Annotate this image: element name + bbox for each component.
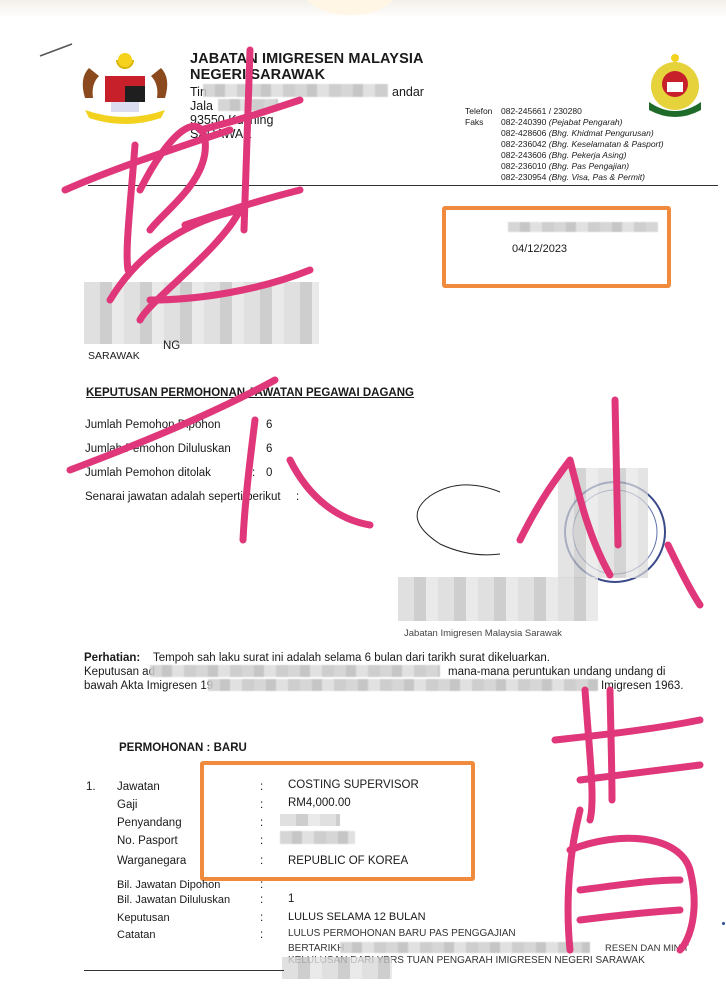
telefon-value: 082-245661 / 230280: [501, 106, 582, 116]
notice-line-2-end: mana-mana peruntukan undang undang di: [448, 665, 665, 679]
state-name: NEGERI SARAWAK: [190, 67, 325, 83]
faks-number: 082-236042: [501, 139, 546, 149]
redacted-reference-number: [508, 222, 658, 232]
field-value: 1: [288, 893, 294, 905]
dot-mark: [722, 922, 725, 925]
notice-line-3-end: Imigresen 1963.: [601, 679, 683, 693]
decision-label: Jumlah Pemohon ditolak: [85, 467, 211, 479]
colon: :: [260, 855, 263, 867]
address-line-2: Jala: [190, 99, 213, 113]
field-value: REPUBLIC OF KOREA: [288, 855, 408, 867]
catatan-line-2-start: BERTARIKH: [288, 943, 344, 954]
decision-value: 6: [266, 419, 272, 431]
application-type-label: PERMOHONAN: [119, 742, 203, 754]
faks-number: 082-230954: [501, 172, 546, 182]
field-label: Penyandang: [117, 817, 182, 829]
redacted-address: [203, 84, 388, 97]
faks-number: 082-243606: [501, 150, 546, 160]
colon: :: [260, 929, 263, 941]
notice-label: Perhatian:: [84, 652, 140, 664]
colon: :: [260, 835, 263, 847]
pen-stroke-mark: [38, 40, 78, 60]
recipient-state: SARAWAK: [88, 349, 140, 363]
redacted-notice: [208, 679, 598, 691]
notice-line-1: Perhatian: Tempoh sah laku surat ini ada…: [84, 651, 550, 665]
redacted-recipient: [84, 282, 319, 344]
colon: :: [260, 894, 263, 906]
decision-title: KEPUTUSAN PERMOHONAN JAWATAN PEGAWAI DAG…: [86, 387, 414, 399]
footer-divider: [84, 970, 284, 971]
field-label: Bil. Jawatan Diluluskan: [117, 894, 230, 906]
redacted-incumbent: [280, 814, 340, 826]
address-postcode: 93550 Kuching: [190, 113, 273, 127]
field-value: COSTING SUPERVISOR: [288, 779, 419, 791]
catatan-line-2-end: RESEN DAN MINIT: [605, 943, 689, 954]
faks-dept: (Bhg. Pekerja Asing): [549, 150, 627, 160]
application-type-value: BARU: [214, 742, 247, 754]
faks-dept: (Pejabat Pengarah): [549, 117, 623, 127]
notice-line-3-start: bawah Akta Imigresen 19: [84, 679, 213, 693]
redacted-passport: [280, 831, 355, 844]
malaysia-coat-of-arms-icon: [75, 48, 175, 128]
immigration-emblem-icon: [645, 52, 705, 120]
notice-line-2-start: Keputusan ad: [84, 665, 155, 679]
redacted-street: [218, 99, 278, 111]
colon: :: [252, 419, 255, 431]
decision-value: 6: [266, 443, 272, 455]
redacted-stamp: [558, 468, 648, 578]
colon: :: [260, 879, 263, 891]
address-line-1-tail: andar: [392, 85, 424, 99]
decision-value: 0: [266, 467, 272, 479]
colon: :: [260, 781, 263, 793]
signature-office: Jabatan Imigresen Malaysia Sarawak: [404, 628, 562, 639]
colon: :: [260, 912, 263, 924]
letter-page: JABATAN IMIGRESEN MALAYSIA NEGERI SARAWA…: [0, 0, 726, 984]
faks-dept: (Bhg. Keselamatan & Pasport): [549, 139, 664, 149]
faks-dept: (Bhg. Visa, Pas & Permit): [549, 172, 645, 182]
field-label: Catatan: [117, 929, 156, 941]
contact-block: Telefon082-245661 / 230280 Faks082-24039…: [465, 106, 664, 183]
decision-label: Jumlah Pemohon Diluluskan: [85, 443, 231, 455]
field-label: Keputusan: [117, 912, 170, 924]
colon: :: [252, 443, 255, 455]
redacted-catatan: [282, 957, 392, 979]
faks-number: 082-236010: [501, 161, 546, 171]
faks-number: 082-428606: [501, 128, 546, 138]
field-label: No. Pasport: [117, 835, 178, 847]
address-state: SARAWAK: [190, 127, 252, 141]
letter-date: 04/12/2023: [512, 243, 567, 255]
decision-label: Jumlah Pemohon Dipohon: [85, 419, 221, 431]
field-label: Bil. Jawatan Dipohon: [117, 879, 220, 891]
redacted-signatory: [398, 577, 598, 621]
decision-label: Senarai jawatan adalah seperti berikut: [85, 491, 281, 503]
colon: :: [260, 799, 263, 811]
field-label: Jawatan: [117, 781, 160, 793]
field-value: RM4,000.00: [288, 797, 351, 809]
telefon-label: Telefon: [465, 106, 501, 117]
faks-label: Faks: [465, 117, 501, 128]
application-type: PERMOHONAN : BARU: [119, 742, 247, 754]
recipient-tail: NG: [163, 339, 180, 353]
faks-dept: (Bhg. Pas Pengajian): [549, 161, 629, 171]
colon: :: [252, 467, 255, 479]
notice-text: Tempoh sah laku surat ini adalah selama …: [153, 652, 550, 664]
field-label: Gaji: [117, 799, 137, 811]
header-divider: [88, 185, 718, 186]
department-name: JABATAN IMIGRESEN MALAYSIA: [190, 51, 424, 67]
item-number: 1.: [86, 781, 96, 793]
field-value: LULUS PERMOHONAN BARU PAS PENGGAJIAN: [288, 928, 516, 939]
faks-dept: (Bhg. Khidmat Pengurusan): [549, 128, 654, 138]
colon: :: [296, 491, 299, 503]
faks-number: 082-240390: [501, 117, 546, 127]
redacted-notice: [150, 665, 440, 677]
redacted-catatan: [340, 942, 590, 953]
colon: :: [260, 817, 263, 829]
field-label: Warganegara: [117, 855, 186, 867]
field-value: LULUS SELAMA 12 BULAN: [288, 911, 426, 923]
